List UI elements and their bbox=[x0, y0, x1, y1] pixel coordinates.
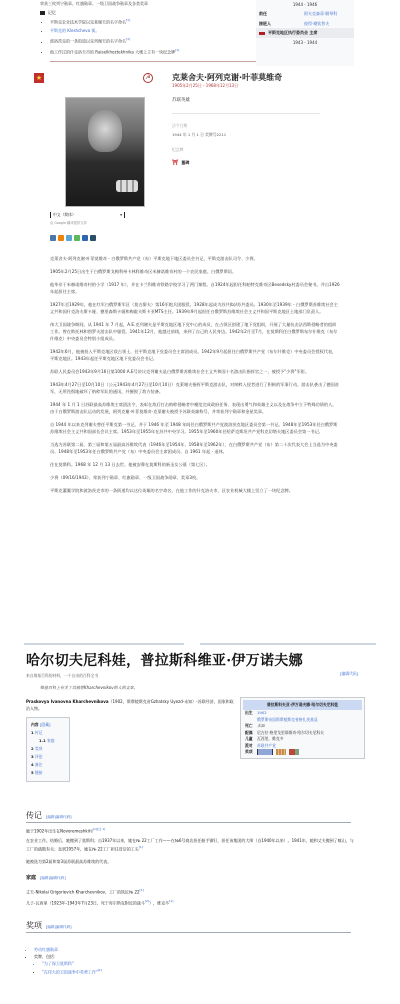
page-divider bbox=[0, 643, 400, 645]
predecessor-link[interactable]: 阿夫克森蒂·顺琴科 bbox=[304, 11, 351, 17]
share-buttons bbox=[50, 235, 96, 241]
hero-title: 苏联英雄 bbox=[172, 97, 190, 103]
hatnote: 维基百科上有关于其他姓Kharchevnikov的人的文章。 bbox=[40, 685, 138, 691]
predecessor-row: 前任 阿夫克森蒂·顺琴科 bbox=[256, 9, 354, 19]
table-of-contents: 内容 [隐藏] 1 传记 1.1 家庭 2 奖项 3 评论 4 备注 5 链接 bbox=[26, 717, 70, 782]
portrait-face bbox=[88, 110, 122, 152]
livejournal-share-icon[interactable] bbox=[90, 235, 96, 241]
toc-item[interactable]: 1.1 家庭 bbox=[31, 737, 66, 745]
section-heading-awards: 奖项[编辑|编辑代码] bbox=[26, 920, 351, 933]
toc-item[interactable]: 3 评论 bbox=[31, 753, 66, 761]
successor-link[interactable]: 彼得·谢钦普夫 bbox=[304, 21, 351, 27]
decree-label: 法令日期 bbox=[172, 123, 187, 129]
award-ribbons bbox=[257, 749, 360, 756]
section-heading-biography: 传记[编辑|编辑代码] bbox=[26, 810, 351, 823]
page-title: 哈尔切夫尼科娃，普拉斯科维亚·伊万诺夫娜 bbox=[26, 650, 303, 670]
toc-item[interactable]: 5 链接 bbox=[31, 769, 66, 777]
section-heading-family: 家庭[编辑|编辑代码] bbox=[26, 874, 66, 881]
edit-section-link[interactable]: [编辑|编辑代码] bbox=[46, 925, 72, 929]
red-star-icon: ★ bbox=[34, 73, 44, 83]
person-infobox: 普拉斯科夫亚·伊万诺夫娜·哈尔切夫尼科娃 出生1902 俄罗斯帝国斯摩棱斯克省格… bbox=[240, 697, 365, 759]
bio-paragraph: 克莱舍夫·阿列克谢·叶菲莫维奇 - 白俄罗斯共产党（布）平斯克地下地区委员会书记… bbox=[50, 255, 340, 262]
bio-paragraph: 当选为苏联第二届、第三届和第五届最高苏维埃代表（1946年至1954年、1958… bbox=[50, 441, 340, 455]
dropdown-arrow-icon: ▾ bbox=[120, 212, 122, 218]
awards-line: 荣获三枚列宁勋章、红旗勋章、一级卫国战争勋章及各类奖章 bbox=[40, 0, 255, 8]
list-item: 平斯克农业技术学院以克莱谢夫的名字命名[1] bbox=[50, 16, 255, 27]
memorial-label: 纪念牌 bbox=[172, 147, 183, 153]
successor-row: 接班人 彼得·谢钦普夫 bbox=[256, 19, 354, 29]
edit-section-link[interactable]: [编辑|编辑代码] bbox=[46, 815, 72, 819]
office-infobox: 1944 - 1946 前任 阿夫克森蒂·顺琴科 接班人 彼得·谢钦普夫 平斯克… bbox=[256, 0, 354, 66]
vk-share-icon[interactable] bbox=[50, 235, 56, 241]
paragraph: 她被选为第2届和第3届苏联最高苏维埃的代表。 bbox=[26, 858, 356, 865]
moimir-share-icon[interactable] bbox=[82, 235, 88, 241]
bio-paragraph: 1927年至1929年，他在红军白俄罗斯军区（莫吉廖夫）第16军炮兵团服役。19… bbox=[50, 301, 340, 315]
list-item: 平斯克的 Kleshcheva 街。 bbox=[50, 27, 255, 36]
office-header: 平斯克地区执行委员会 主席 bbox=[256, 28, 354, 38]
edit-section-link[interactable]: [编辑|编辑代码] bbox=[40, 876, 66, 880]
list-item: 奖牌，包括： "为了保卫莫斯科" "在伟大的卫国战争中英勇工作"[1] bbox=[34, 953, 102, 975]
portrait-photo bbox=[65, 97, 145, 207]
language-selector[interactable]: 中文（简体） ▾ 由 Google 翻译提供支持 bbox=[50, 212, 125, 225]
toc-title: 内容 [隐藏] bbox=[31, 721, 66, 729]
hero-card: ★ ☭ 克莱舍夫·阿列克谢·叶菲莫维奇 1905年2月25日 - 1968年12… bbox=[30, 70, 370, 220]
bio-paragraph: 他毕业于米赫诺维奇村的小学（1917 年），并在卡兰科维奇铁路学校学习了两门课程… bbox=[50, 281, 340, 295]
bio-paragraph: 1905年2月25日出生于白俄罗斯戈梅利州卡林科维奇区米赫诺维奇村的一个农民家庭… bbox=[50, 268, 340, 275]
telegram-share-icon[interactable] bbox=[66, 235, 72, 241]
google-translate-note: 由 Google 翻译提供支持 bbox=[50, 220, 125, 225]
paragraph: 儿子-瓦西里（1923年-1943年7月23日，死于库尔斯克附近的战斗[2]），… bbox=[26, 898, 356, 906]
memory-section: 荣获三枚列宁勋章、红旗勋章、一级卫国战争勋章及各类奖章 记忆 平斯克农业技术学院… bbox=[40, 0, 255, 62]
memorial-page: 荣获三枚列宁勋章、红旗勋章、一级卫国战争勋章及各类奖章 记忆 平斯克农业技术学院… bbox=[0, 0, 400, 640]
bio-paragraph: 伟大卫国战争期间，从 1941 年 7 月起，A.E.克列谢夫是平斯克地区地下党… bbox=[50, 321, 340, 342]
toc-item[interactable]: 4 备注 bbox=[31, 761, 66, 769]
awards-list: 劳动红旗勋章 奖牌，包括： "为了保卫莫斯科" "在伟大的卫国战争中英勇工作"[… bbox=[34, 946, 102, 975]
list-item: 他工作过的什克洛夫市的 Raiselkhoztekhnika 大楼上立有一块纪念… bbox=[50, 46, 255, 57]
portrait-medals bbox=[116, 180, 138, 192]
list-item: "在伟大的卫国战争中英勇工作"[1] bbox=[42, 967, 102, 975]
term-dates: 1944 - 1946 bbox=[256, 0, 354, 9]
toc-toggle[interactable]: [隐藏] bbox=[40, 722, 51, 727]
edit-code-link[interactable]: [编辑代码] bbox=[340, 671, 358, 677]
ribbon-icon[interactable] bbox=[257, 749, 273, 755]
divider bbox=[172, 113, 320, 114]
source-line: 来自维基百科的材料，一个自由的百科全书 bbox=[26, 673, 98, 679]
list-item[interactable]: 劳动红旗勋章 bbox=[34, 946, 102, 953]
hero-dates: 1905年2月25日 - 1968年12月13日 bbox=[172, 83, 238, 89]
bio-paragraph: 少将（09/16/1943），荣获列宁勋章、红旗勋章、一级卫国战争勋章、奖章3枚… bbox=[50, 474, 340, 481]
bio-paragraph: 自 1944 年以来克列谢夫曾任平斯克第一书记，并于 1946 年至 1948 … bbox=[50, 421, 340, 435]
bio-paragraph: 1944 年 1 月 1 日苏联最高苏维埃主席团法令，表彰在敌后打击纳粹侵略者中… bbox=[50, 401, 340, 415]
bio-paragraph: 住在莫斯科。1968 年 12 月 13 日去世。他被安葬在莫斯科的新圣女公墓（… bbox=[50, 461, 340, 468]
list-item[interactable]: "为了保卫莫斯科" bbox=[42, 960, 102, 967]
memorial-link[interactable]: ⛩ 墓碑 bbox=[172, 160, 189, 166]
hero-name: 克莱舍夫·阿列克谢·叶菲莫维奇 bbox=[172, 72, 282, 83]
paragraph: 丈夫-Nikolai Grigorievich Kharchevnikov，工厂… bbox=[26, 887, 356, 895]
infobox-row: 奖项 bbox=[243, 749, 362, 756]
partisan-emblem-icon: ☭ bbox=[143, 73, 153, 83]
term-dates: 1943 - 1944 bbox=[256, 38, 354, 47]
tombstone-icon: ⛩ bbox=[172, 160, 178, 166]
paragraph: 在农业工作。结婚后，她搬到了莫斯科；自1937年以来，她在№ 22工厂工作——在… bbox=[26, 837, 356, 852]
bio-paragraph: 苏联人民委员会1943年9月16日第1000 A.E号决议克列谢夫是白俄罗斯苏维… bbox=[50, 368, 340, 375]
ribbon-icon[interactable] bbox=[276, 749, 286, 755]
list-item: 波洛茨克的一条街道以克列谢夫的名字命名[1] bbox=[50, 35, 255, 46]
toc-item[interactable]: 2 奖项 bbox=[31, 745, 66, 753]
section-square-icon bbox=[40, 11, 45, 15]
wechat-share-icon[interactable] bbox=[74, 235, 80, 241]
language-select[interactable]: 中文（简体） ▾ bbox=[50, 212, 125, 218]
odnoklassniki-share-icon[interactable] bbox=[58, 235, 64, 241]
memory-list: 平斯克农业技术学院以克莱谢夫的名字命名[1] 平斯克的 Kleshcheva 街… bbox=[50, 16, 255, 57]
biography-text: 克莱舍夫·阿列克谢·叶菲莫维奇 - 白俄罗斯共产党（布）平斯克地下地区委员会书记… bbox=[50, 255, 340, 500]
decree-value: 1944 年 1 月 1 日 奖牌号2211 bbox=[172, 132, 226, 138]
ribbon-icon[interactable] bbox=[289, 749, 299, 755]
toc-item[interactable]: 1 传记 bbox=[31, 729, 66, 737]
paragraph: 她于1902年出生在Novoremeshki村[1][注 1] bbox=[26, 826, 356, 834]
bio-paragraph: 1943年4月27日至10月10日（公元1943年4月27日至10月10日）克莱… bbox=[50, 381, 340, 395]
infobox-caption: 普拉斯科夫亚·伊万诺夫娜·哈尔切夫尼科娃 bbox=[243, 700, 362, 710]
bio-paragraph: 平斯克灌溉学院和波洛茨克市的一条街道均以这位英雄的名字命名。在他工作的什克洛夫市… bbox=[50, 487, 340, 494]
flag-icon bbox=[259, 32, 265, 35]
bio-paragraph: 1942年6月，他被投入平斯克地区敌占领土，任平斯克地下党委员会主席团成员。19… bbox=[50, 348, 340, 362]
lead-paragraph: Praskovya Ivanovna Kharchevnikova（1902，斯… bbox=[26, 698, 236, 712]
